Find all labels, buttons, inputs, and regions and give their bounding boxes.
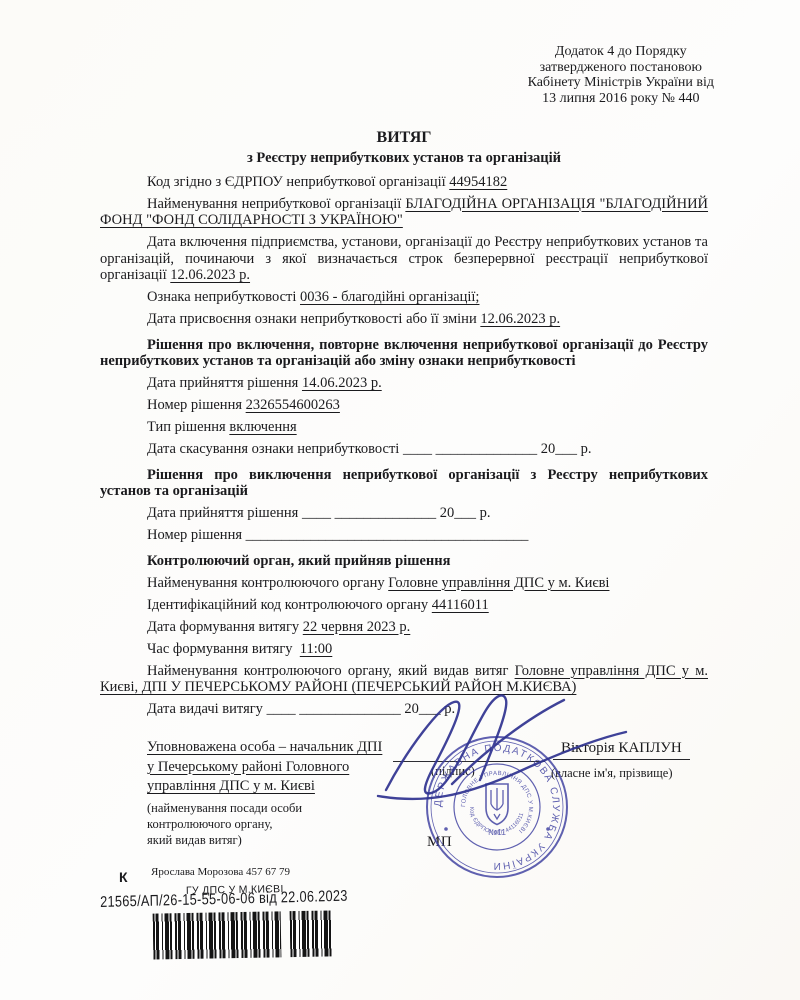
field-label: Ознака неприбутковості xyxy=(147,289,296,305)
field-label: Найменування контролюючого органу, який … xyxy=(147,663,508,679)
field-label: Найменування контролюючого органу xyxy=(147,575,385,591)
field-value: включення xyxy=(229,419,296,435)
document-title: ВИТЯГ xyxy=(100,128,708,148)
footer-registration-number: 21565/АП/26-15-55-06-06 від 22.06.2023 xyxy=(100,888,348,912)
barcode-segment xyxy=(153,911,282,959)
reference-line: затвердженого постановою xyxy=(528,60,714,76)
field-value: 22 червня 2023 р. xyxy=(303,619,411,635)
field-value: 0036 - благодійні організації; xyxy=(300,289,479,305)
section-heading-inclusion-decision: Рішення про включення, повторне включенн… xyxy=(100,337,708,370)
field-extract-time: Час формування витягу 11:00 xyxy=(100,641,708,658)
field-value: 2326554600263 xyxy=(246,397,340,413)
regulation-reference: Додаток 4 до Порядку затвердженого поста… xyxy=(528,44,714,106)
official-position-note-line: (найменування посади особи xyxy=(147,800,302,816)
field-authority-name: Найменування контролюючого органу Головн… xyxy=(100,575,708,592)
official-position-line: у Печерському районі Головного xyxy=(147,759,349,775)
field-value: 14.06.2023 р. xyxy=(302,375,382,391)
field-label: Дата видачі витягу xyxy=(147,701,263,717)
footer-operator: Ярослава Морозова 457 67 79 xyxy=(151,866,290,878)
section-heading-exclusion-decision: Рішення про виключення неприбуткової орг… xyxy=(100,467,708,500)
field-label: Код згідно з ЄДРПОУ неприбуткової органі… xyxy=(147,174,446,190)
field-value: 12.06.2023 р. xyxy=(170,267,250,283)
field-exclusion-decision-number: Номер рішення __________________________… xyxy=(100,527,708,544)
reference-line: 13 липня 2016 року № 440 xyxy=(528,91,714,107)
field-extract-date: Дата формування витягу 22 червня 2023 р. xyxy=(100,619,708,636)
footer-k-mark: К xyxy=(119,869,128,885)
field-decision-type: Тип рішення включення xyxy=(100,419,708,436)
field-value: 12.06.2023 р. xyxy=(480,311,560,327)
field-label: Дата прийняття рішення xyxy=(147,505,298,521)
blank-line: ____ ______________ 20___ р. xyxy=(403,441,592,457)
field-edrpou-code: Код згідно з ЄДРПОУ неприбуткової органі… xyxy=(100,174,708,191)
field-decision-date: Дата прийняття рішення 14.06.2023 р. xyxy=(100,375,708,392)
barcode xyxy=(153,910,333,959)
field-label: Номер рішення xyxy=(147,527,242,543)
official-position-line: управління ДПС у м. Києві xyxy=(147,778,315,794)
field-label: Найменування неприбуткової організації xyxy=(147,196,401,212)
field-exclusion-decision-date: Дата прийняття рішення ____ ____________… xyxy=(100,505,708,522)
official-position-note-line: контролюючого органу, xyxy=(147,816,302,832)
field-label: Дата скасування ознаки неприбутковості xyxy=(147,441,399,457)
official-position-line: Уповноважена особа – начальник ДПІ xyxy=(147,739,382,755)
field-cancellation-date: Дата скасування ознаки неприбутковості _… xyxy=(100,441,708,458)
document-page: Додаток 4 до Порядку затвердженого поста… xyxy=(0,0,800,1000)
official-position-note-line: який видав витяг) xyxy=(147,832,302,848)
field-inclusion-date: Дата включення підприємства, установи, о… xyxy=(100,234,708,284)
document-subtitle: з Реєстру неприбуткових установ та орган… xyxy=(100,149,708,168)
barcode-segment xyxy=(290,910,333,957)
field-label: Час формування витягу xyxy=(147,641,293,657)
field-value: 11:00 xyxy=(300,641,333,657)
reference-line: Додаток 4 до Порядку xyxy=(528,44,714,60)
official-position-note: (найменування посади особи контролюючого… xyxy=(147,800,302,848)
field-nonprofit-code: Ознака неприбутковості 0036 - благодійні… xyxy=(100,289,708,306)
field-value: 44954182 xyxy=(449,174,507,190)
blank-line: _______________________________________ xyxy=(246,527,529,543)
field-organization-name: Найменування неприбуткової організації Б… xyxy=(100,196,708,229)
field-label: Дата формування витягу xyxy=(147,619,299,635)
field-authority-code: Ідентифікаційний код контролюючого орган… xyxy=(100,597,708,614)
field-label: Ідентифікаційний код контролюючого орган… xyxy=(147,597,428,613)
field-label: Тип рішення xyxy=(147,419,226,435)
field-label: Дата присвоєння ознаки неприбутковості а… xyxy=(147,311,477,327)
stamp-number: №11 xyxy=(488,827,506,837)
field-decision-number: Номер рішення 2326554600263 xyxy=(100,397,708,414)
reference-line: Кабінету Міністрів України від xyxy=(528,75,714,91)
field-value: 44116011 xyxy=(432,597,489,613)
official-position: Уповноважена особа – начальник ДПІ у Печ… xyxy=(147,738,382,797)
blank-line: ____ ______________ 20___ р. xyxy=(302,505,491,521)
field-label: Номер рішення xyxy=(147,397,242,413)
handwritten-signature-icon xyxy=(368,688,633,808)
field-value: Головне управління ДПС у м. Києві xyxy=(388,575,609,591)
field-code-assignment-date: Дата присвоєння ознаки неприбутковості а… xyxy=(100,311,708,328)
field-label: Дата прийняття рішення xyxy=(147,375,298,391)
section-heading-authority: Контролюючий орган, який прийняв рішення xyxy=(100,553,708,570)
